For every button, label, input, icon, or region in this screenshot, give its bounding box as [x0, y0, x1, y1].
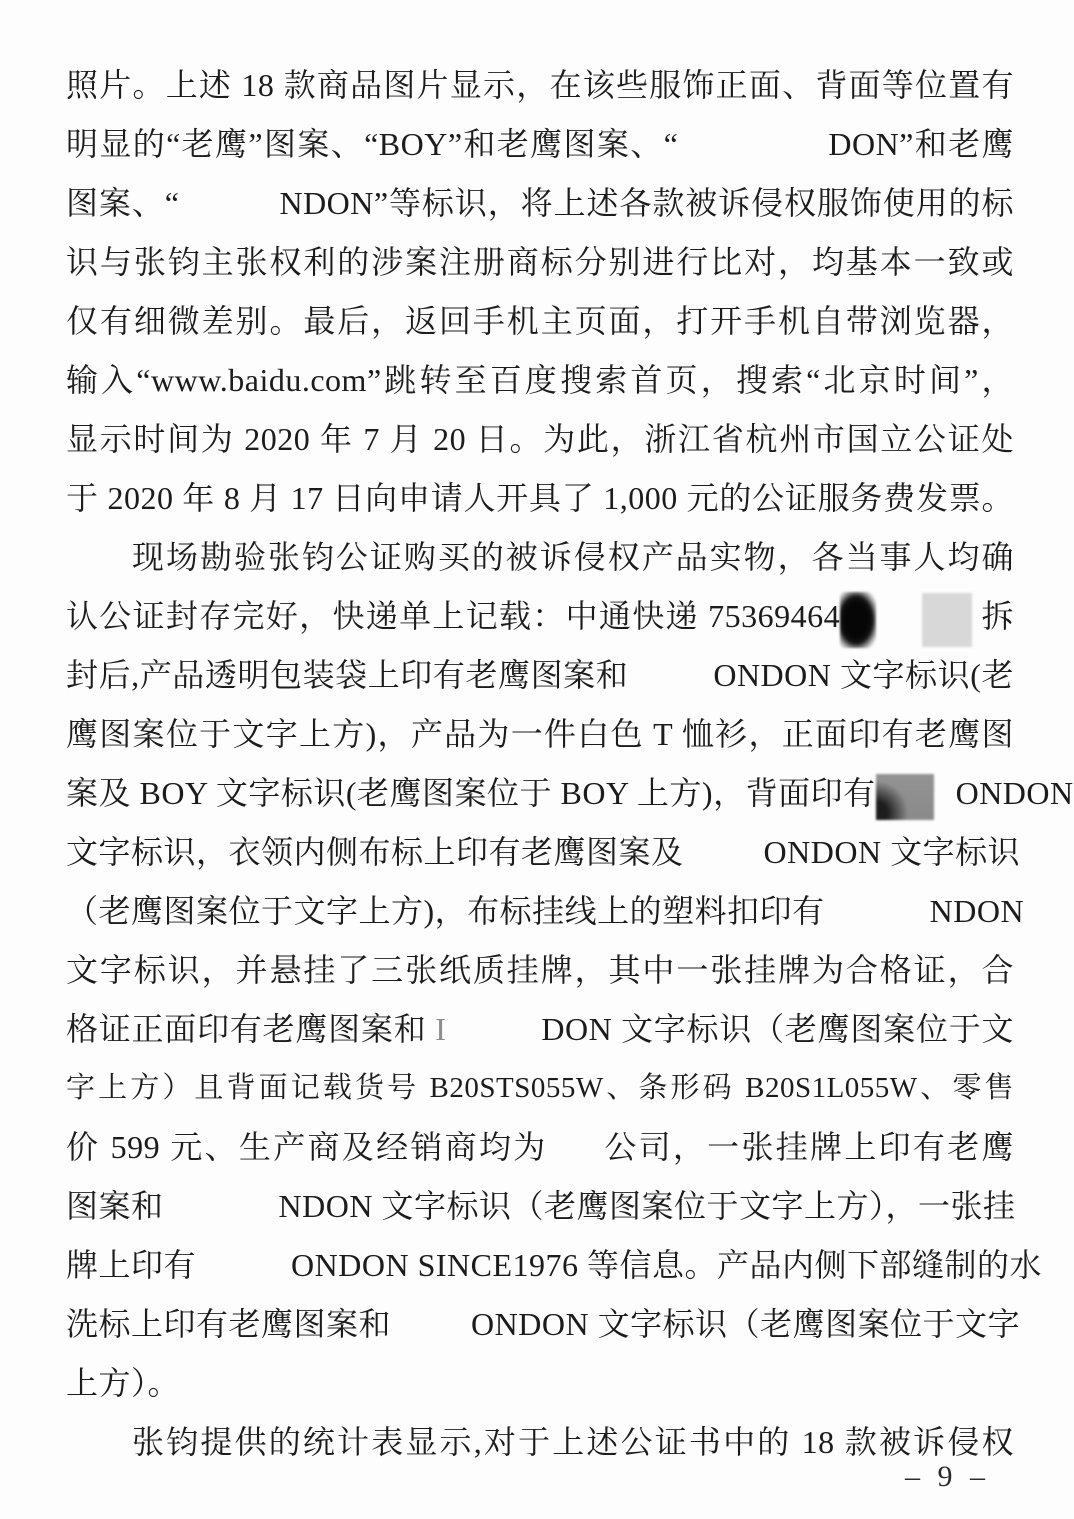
text-segment: ONDON	[956, 775, 1074, 811]
text-segment: 照片。上述 18 款商品图片显示，在该些服饰正面、背面等位置有	[66, 67, 1014, 103]
text-line: 字上方）且背面记载货号 B20STS055W、条形码 B20S1L055W、零售	[66, 1059, 1014, 1118]
text-segment: 认公证封存完好，快递单上记载：中通快递 75369464	[66, 598, 840, 634]
text-segment: 上方）。	[66, 1365, 180, 1401]
redaction-blob	[840, 592, 876, 648]
text-segment: 格证正面印有老鹰图案和	[66, 1011, 435, 1047]
page-number: – 9 –	[905, 1460, 990, 1494]
redaction-white	[164, 1190, 279, 1230]
text-segment: 案及 BOY 文字标识(老鹰图案位于 BOY 上方)，背面印有	[66, 775, 876, 811]
redaction-lightbox	[922, 593, 972, 647]
text-line: 文字标识，并悬挂了三张纸质挂牌，其中一张挂牌为合格证，合	[66, 941, 1014, 1000]
text-line: （老鹰图案位于文字上方)，布标挂线上的塑料扣印有NDON	[66, 882, 1014, 941]
text-segment: ONDON 文字标识(老	[713, 657, 1014, 693]
text-segment: DON 文字标识（老鹰图案位于文	[541, 1011, 1014, 1047]
text-segment: 张钧提供的统计表显示,对于上述公证书中的 18 款被诉侵权	[132, 1424, 1014, 1460]
text-line: 图案、“NDON”等标识，将上述各款被诉侵权服饰使用的标	[66, 174, 1014, 233]
document-body: 照片。上述 18 款商品图片显示，在该些服饰正面、背面等位置有明显的“老鹰”图案…	[66, 56, 1014, 1472]
text-line: 现场勘验张钧公证购买的被诉侵权产品实物，各当事人均确	[66, 528, 1014, 587]
text-line: 鹰图案位于文字上方)，产品为一件白色 T 恤衫，正面印有老鹰图	[66, 705, 1014, 764]
text-line: 认公证封存完好，快递单上记载：中通快递 75369464 拆	[66, 587, 1014, 646]
text-segment: NDON”等标识，将上述各款被诉侵权服饰使用的标	[279, 185, 1014, 221]
text-segment: NDON	[930, 893, 1024, 929]
redaction-white	[684, 836, 764, 876]
text-line: 洗标上印有老鹰图案和ONDON 文字标识（老鹰图案位于文字	[66, 1295, 1014, 1354]
text-line: 明显的“老鹰”图案、“BOY”和老鹰图案、“DON”和老鹰	[66, 115, 1014, 174]
redaction-white	[678, 128, 828, 168]
text-segment: 文字标识，衣领内侧布标上印有老鹰图案及	[66, 834, 684, 870]
text-segment: 洗标上印有老鹰图案和	[66, 1306, 391, 1342]
text-segment: ONDON 文字标识	[764, 834, 1021, 870]
text-line: 文字标识，衣领内侧布标上印有老鹰图案及ONDON 文字标识	[66, 823, 1014, 882]
text-segment: 输入“www.baidu.com”跳转至百度搜索首页，搜索“北京时间”，	[66, 362, 1014, 398]
redaction-graybox	[876, 774, 934, 820]
document-page: 照片。上述 18 款商品图片显示，在该些服饰正面、背面等位置有明显的“老鹰”图案…	[0, 0, 1074, 1519]
redaction-white	[548, 1131, 603, 1171]
text-line: 牌上印有ONDON SINCE1976 等信息。产品内侧下部缝制的水	[66, 1236, 1014, 1295]
text-segment: 于 2020 年 8 月 17 日向申请人开具了 1,000 元的公证服务费发票…	[66, 480, 1014, 516]
redaction-white	[446, 1013, 541, 1053]
text-line: 图案和NDON 文字标识（老鹰图案位于文字上方），一张挂	[66, 1177, 1014, 1236]
text-line: 上方）。	[66, 1354, 1014, 1413]
text-segment: 文字标识，并悬挂了三张纸质挂牌，其中一张挂牌为合格证，合	[66, 952, 1014, 988]
text-segment: 显示时间为 2020 年 7 月 20 日。为此，浙江省杭州市国立公证处	[66, 421, 1014, 457]
text-segment: 公司，一张挂牌上印有老鹰	[603, 1129, 1014, 1165]
text-segment: 图案、“	[66, 185, 179, 221]
redaction-white	[825, 895, 930, 935]
text-line: 显示时间为 2020 年 7 月 20 日。为此，浙江省杭州市国立公证处	[66, 410, 1014, 469]
text-segment: 明显的“老鹰”图案、“BOY”和老鹰图案、“	[66, 126, 678, 162]
text-line: 仅有细微差别。最后，返回手机主页面，打开手机自带浏览器，	[66, 292, 1014, 351]
text-line: 输入“www.baidu.com”跳转至百度搜索首页，搜索“北京时间”，	[66, 351, 1014, 410]
text-segment: DON”和老鹰	[828, 126, 1014, 162]
text-line: 案及 BOY 文字标识(老鹰图案位于 BOY 上方)，背面印有ONDON	[66, 764, 1014, 823]
text-segment: ONDON 文字标识（老鹰图案位于文字	[471, 1306, 1020, 1342]
text-segment: 鹰图案位于文字上方)，产品为一件白色 T 恤衫，正面印有老鹰图	[66, 716, 1014, 752]
redaction-white	[196, 1249, 291, 1289]
text-segment: 图案和	[66, 1188, 164, 1224]
text-segment: 现场勘验张钧公证购买的被诉侵权产品实物，各当事人均确	[132, 539, 1014, 575]
text-segment: 价 599 元、生产商及经销商均为	[66, 1129, 548, 1165]
redaction-white	[628, 659, 713, 699]
text-line: 于 2020 年 8 月 17 日向申请人开具了 1,000 元的公证服务费发票…	[66, 469, 1014, 528]
redaction-white	[179, 187, 279, 227]
redaction-white	[391, 1308, 471, 1348]
redaction-white	[934, 777, 956, 817]
text-segment: ONDON SINCE1976 等信息。产品内侧下部缝制的水	[291, 1247, 1042, 1283]
redaction-white	[876, 600, 922, 640]
text-segment: 牌上印有	[66, 1247, 196, 1283]
text-line: 格证正面印有老鹰图案和 IDON 文字标识（老鹰图案位于文	[66, 1000, 1014, 1059]
text-line: 张钧提供的统计表显示,对于上述公证书中的 18 款被诉侵权	[66, 1413, 1014, 1472]
text-line: 识与张钧主张权利的涉案注册商标分别进行比对，均基本一致或	[66, 233, 1014, 292]
text-line: 封后,产品透明包装袋上印有老鹰图案和ONDON 文字标识(老	[66, 646, 1014, 705]
text-line: 照片。上述 18 款商品图片显示，在该些服饰正面、背面等位置有	[66, 56, 1014, 115]
text-segment: 字上方）且背面记载货号 B20STS055W、条形码 B20S1L055W、零售	[66, 1072, 1014, 1104]
text-segment: （老鹰图案位于文字上方)，布标挂线上的塑料扣印有	[66, 893, 825, 929]
faint-text-segment: I	[435, 1011, 446, 1047]
text-segment: NDON 文字标识（老鹰图案位于文字上方），一张挂	[279, 1188, 1016, 1224]
text-segment: 拆	[972, 598, 1014, 634]
text-segment: 仅有细微差别。最后，返回手机主页面，打开手机自带浏览器，	[66, 303, 1014, 339]
text-segment: 封后,产品透明包装袋上印有老鹰图案和	[66, 657, 628, 693]
text-segment: 识与张钧主张权利的涉案注册商标分别进行比对，均基本一致或	[66, 244, 1014, 280]
text-line: 价 599 元、生产商及经销商均为公司，一张挂牌上印有老鹰	[66, 1118, 1014, 1177]
